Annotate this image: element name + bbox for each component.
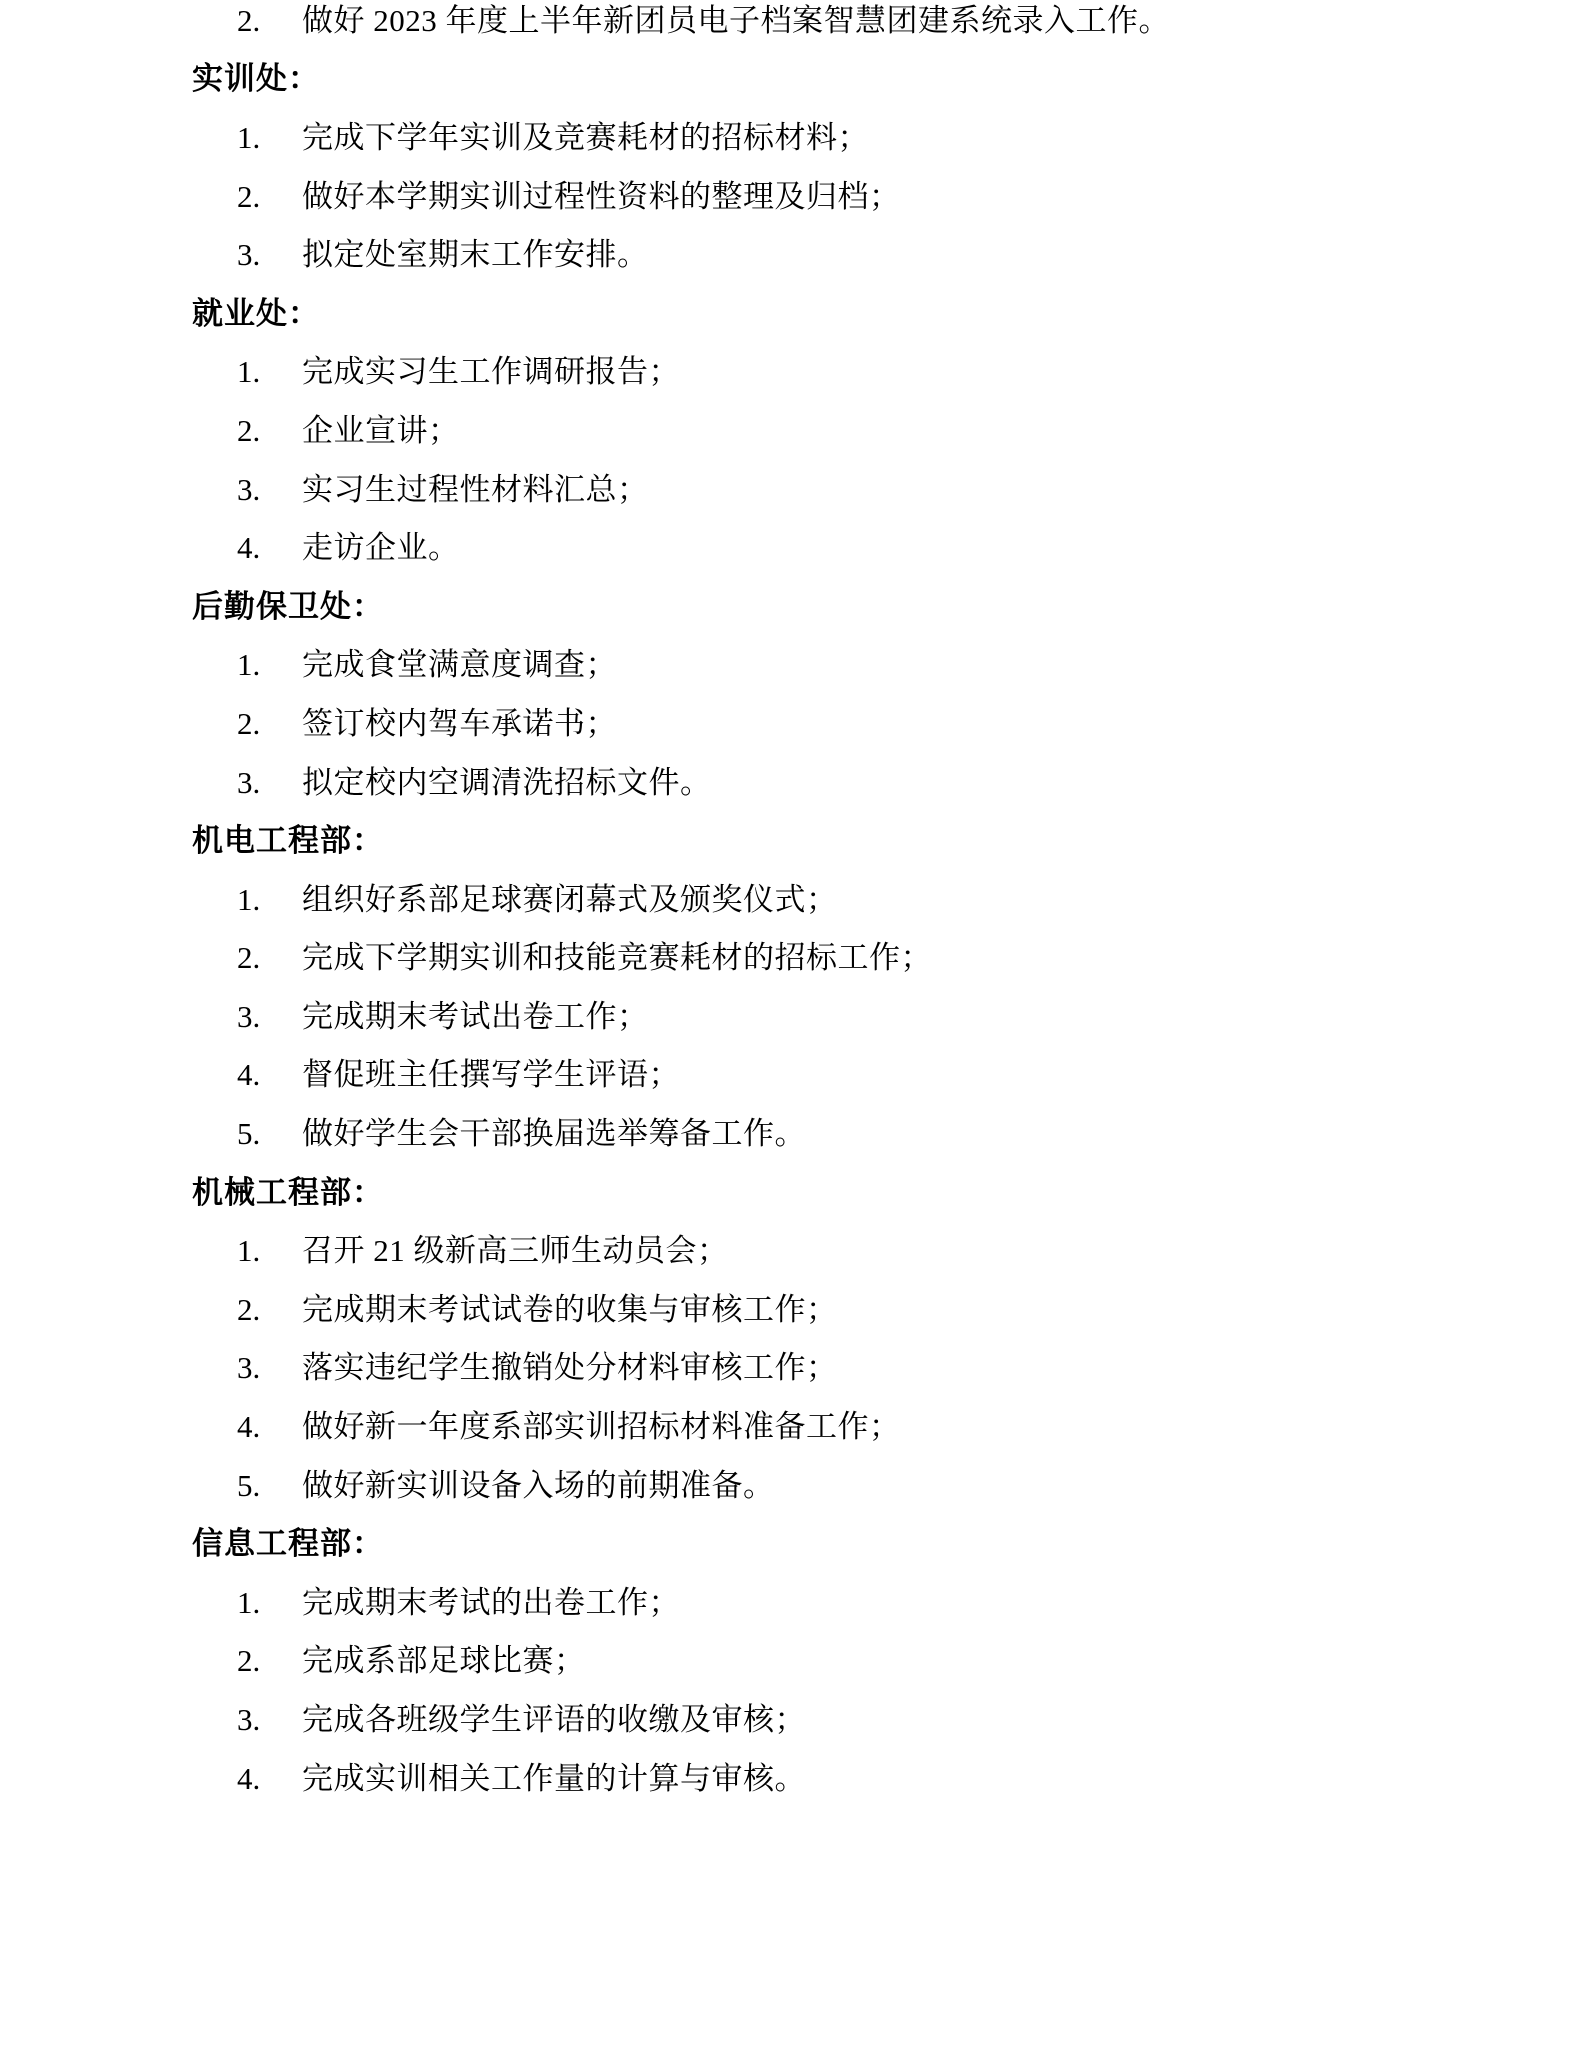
list-item-text: 完成期末考试出卷工作； — [302, 1001, 649, 1032]
section-heading: 实训处： — [0, 50, 1587, 109]
section-heading-label: 就业处： — [192, 298, 320, 329]
list-item-text: 完成期末考试试卷的收集与审核工作； — [302, 1294, 838, 1325]
list-item-number: 2. — [237, 942, 302, 973]
list-item-number: 3. — [237, 1001, 302, 1032]
list-item-text: 拟定处室期末工作安排。 — [302, 239, 649, 270]
list-item-text: 召开 21 级新高三师生动员会； — [302, 1235, 729, 1266]
list-item: 5. 做好学生会干部换届选举筹备工作。 — [0, 1104, 1587, 1163]
list-item-text: 做好 2023 年度上半年新团员电子档案智慧团建系统录入工作。 — [302, 5, 1170, 36]
list-item-number: 1. — [237, 649, 302, 680]
list-item: 1. 召开 21 级新高三师生动员会； — [0, 1221, 1587, 1280]
list-item-text: 签订校内驾车承诺书； — [302, 708, 617, 739]
section-heading: 机电工程部： — [0, 811, 1587, 870]
list-item-number: 2. — [237, 415, 302, 446]
list-item-number: 2. — [237, 1645, 302, 1676]
list-item: 1. 完成食堂满意度调查； — [0, 636, 1587, 695]
list-item: 4. 走访企业。 — [0, 518, 1587, 577]
section-heading-label: 后勤保卫处： — [192, 591, 384, 622]
section-heading: 后勤保卫处： — [0, 577, 1587, 636]
list-item-text: 完成食堂满意度调查； — [302, 649, 617, 680]
list-item-number: 2. — [237, 5, 302, 36]
list-item-number: 5. — [237, 1470, 302, 1501]
list-item: 4. 完成实训相关工作量的计算与审核。 — [0, 1749, 1587, 1808]
list-item-number: 1. — [237, 1235, 302, 1266]
list-item: 1. 完成期末考试的出卷工作； — [0, 1573, 1587, 1632]
list-item-text: 督促班主任撰写学生评语； — [302, 1059, 680, 1090]
list-item: 3. 实习生过程性材料汇总； — [0, 460, 1587, 519]
list-item-text: 拟定校内空调清洗招标文件。 — [302, 767, 712, 798]
section-heading: 就业处： — [0, 284, 1587, 343]
list-item-text: 完成实习生工作调研报告； — [302, 356, 680, 387]
list-item-text: 完成各班级学生评语的收缴及审核； — [302, 1704, 806, 1735]
list-item-text: 组织好系部足球赛闭幕式及颁奖仪式； — [302, 884, 838, 915]
list-item-number: 2. — [237, 181, 302, 212]
list-item-text: 企业宣讲； — [302, 415, 460, 446]
list-item: 2. 做好本学期实训过程性资料的整理及归档； — [0, 167, 1587, 226]
list-item-number: 1. — [237, 122, 302, 153]
list-item-text: 落实违纪学生撤销处分材料审核工作； — [302, 1352, 838, 1383]
section-heading: 机械工程部： — [0, 1163, 1587, 1222]
list-item: 3. 拟定处室期末工作安排。 — [0, 225, 1587, 284]
list-item-number: 1. — [237, 1587, 302, 1618]
list-item-number: 4. — [237, 532, 302, 563]
list-item-number: 3. — [237, 239, 302, 270]
list-item: 2. 做好 2023 年度上半年新团员电子档案智慧团建系统录入工作。 — [0, 0, 1587, 50]
list-item-text: 完成下学期实训和技能竞赛耗材的招标工作； — [302, 942, 932, 973]
list-item-number: 1. — [237, 356, 302, 387]
list-item-number: 3. — [237, 1352, 302, 1383]
list-item: 5. 做好新实训设备入场的前期准备。 — [0, 1456, 1587, 1515]
list-item-text: 实习生过程性材料汇总； — [302, 474, 649, 505]
list-item: 1. 完成下学年实训及竞赛耗材的招标材料； — [0, 108, 1587, 167]
list-item-number: 3. — [237, 474, 302, 505]
list-item: 2. 完成期末考试试卷的收集与审核工作； — [0, 1280, 1587, 1339]
list-item-text: 走访企业。 — [302, 532, 460, 563]
section-heading: 信息工程部： — [0, 1514, 1587, 1573]
list-item-text: 做好新实训设备入场的前期准备。 — [302, 1470, 775, 1501]
list-item-number: 4. — [237, 1411, 302, 1442]
list-item: 4. 督促班主任撰写学生评语； — [0, 1046, 1587, 1105]
list-item: 3. 拟定校内空调清洗招标文件。 — [0, 753, 1587, 812]
list-item-text: 完成实训相关工作量的计算与审核。 — [302, 1763, 806, 1794]
list-item-number: 2. — [237, 708, 302, 739]
list-item-text: 完成系部足球比赛； — [302, 1645, 586, 1676]
section-heading-label: 机电工程部： — [192, 825, 384, 856]
document-body: 2. 做好 2023 年度上半年新团员电子档案智慧团建系统录入工作。 实训处： … — [0, 0, 1587, 1807]
list-item: 1. 组织好系部足球赛闭幕式及颁奖仪式； — [0, 870, 1587, 929]
list-item-number: 4. — [237, 1763, 302, 1794]
list-item-text: 做好新一年度系部实训招标材料准备工作； — [302, 1411, 901, 1442]
list-item-number: 3. — [237, 767, 302, 798]
list-item-text: 做好学生会干部换届选举筹备工作。 — [302, 1118, 806, 1149]
list-item-text: 完成期末考试的出卷工作； — [302, 1587, 680, 1618]
list-item: 3. 完成期末考试出卷工作； — [0, 987, 1587, 1046]
list-item: 2. 完成下学期实训和技能竞赛耗材的招标工作； — [0, 929, 1587, 988]
list-item: 1. 完成实习生工作调研报告； — [0, 343, 1587, 402]
list-item-number: 2. — [237, 1294, 302, 1325]
list-item-text: 完成下学年实训及竞赛耗材的招标材料； — [302, 122, 869, 153]
list-item: 3. 落实违纪学生撤销处分材料审核工作； — [0, 1339, 1587, 1398]
list-item-number: 3. — [237, 1704, 302, 1735]
list-item: 2. 企业宣讲； — [0, 401, 1587, 460]
list-item-number: 5. — [237, 1118, 302, 1149]
list-item: 3. 完成各班级学生评语的收缴及审核； — [0, 1690, 1587, 1749]
section-heading-label: 实训处： — [192, 63, 320, 94]
list-item: 2. 签订校内驾车承诺书； — [0, 694, 1587, 753]
list-item-number: 1. — [237, 884, 302, 915]
list-item-text: 做好本学期实训过程性资料的整理及归档； — [302, 181, 901, 212]
list-item: 2. 完成系部足球比赛； — [0, 1632, 1587, 1691]
section-heading-label: 机械工程部： — [192, 1177, 384, 1208]
list-item: 4. 做好新一年度系部实训招标材料准备工作； — [0, 1397, 1587, 1456]
section-heading-label: 信息工程部： — [192, 1528, 384, 1559]
list-item-number: 4. — [237, 1059, 302, 1090]
document-page: 2. 做好 2023 年度上半年新团员电子档案智慧团建系统录入工作。 实训处： … — [0, 0, 1587, 2054]
